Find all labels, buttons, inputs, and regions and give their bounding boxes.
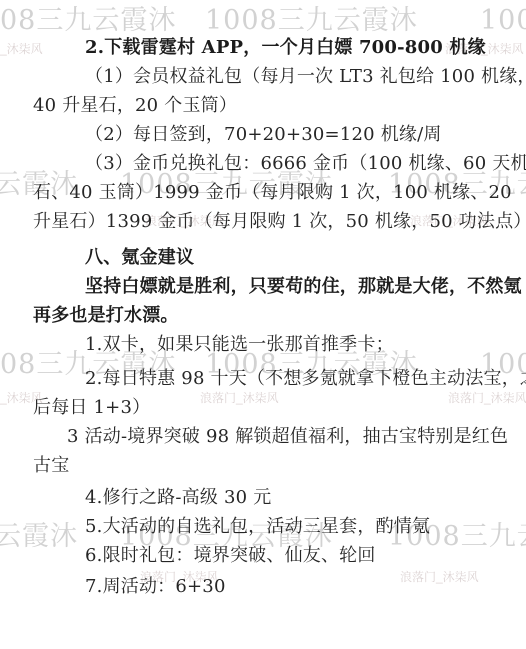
text-line: 八、氪金建议 [33,243,493,272]
watermark-text: 1008三九云霞沐 [205,6,418,36]
document-content: 2.下载雷霆村 APP，一个月白嫖 700-800 机缘（1）会员权益礼包（每月… [33,33,493,601]
text-line: 3 活动-境界突破 98 解锁超值福利，抽古宝特别是红色 [33,422,493,451]
watermark-text: 1008三 [480,6,526,36]
text-line: 再多也是打水漂。 [33,301,493,330]
text-line: 古宝 [33,451,493,480]
text-line: （1）会员权益礼包（每月一次 LT3 礼包给 100 机缘， [33,62,493,91]
text-line: 2.下载雷霆村 APP，一个月白嫖 700-800 机缘 [33,33,493,62]
text-line: （3）金币兑换礼包：6666 金币（100 机缘、60 天机 [33,149,493,178]
text-line: 40 升星石，20 个玉筒） [33,91,493,120]
text-line: 5.大活动的自选礼包，活动三星套，酌情氪 [33,512,493,541]
text-line: 后每日 1+3） [33,393,493,422]
text-line: 2.每日特惠 98 十天（不想多氪就拿下橙色主动法宝，之 [33,364,493,393]
text-line: 7.周活动：6+30 [33,572,493,601]
text-line: 4.修行之路-高级 30 元 [33,483,493,512]
text-line: 1.双卡，如果只能选一张那首推季卡； [33,330,493,359]
text-line: 升星石）1399 金币（每月限购 1 次，50 机缘，50 功法点） [33,207,493,236]
watermark-text: 08三九云霞沐 [0,6,176,36]
text-line: 6.限时礼包：境界突破、仙友、轮回 [33,541,493,570]
text-line: 坚持白嫖就是胜利，只要苟的住，那就是大佬，不然氪 [33,272,493,301]
text-line: （2）每日签到，70+20+30=120 机缘/周 [33,120,493,149]
text-line: 石、40 玉筒）1999 金币（每月限购 1 次，100 机缘、20 [33,178,493,207]
document-page: 08三九云霞沐1008三九云霞沐1008三云霞沐1008三九云霞沐1008三九云… [0,0,526,649]
